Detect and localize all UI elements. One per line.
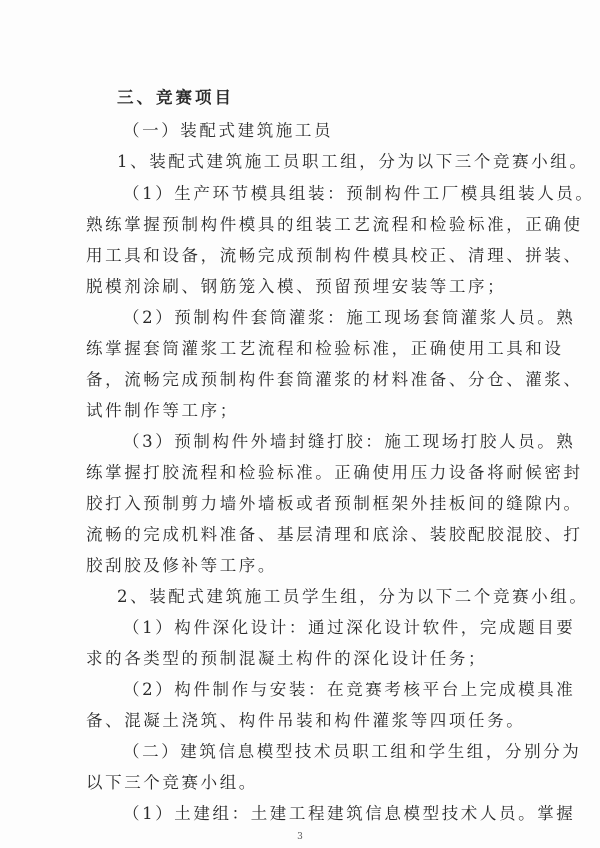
section-heading: 三、竞赛项目 [117, 88, 234, 108]
paragraph-line: （1）构件深化设计：通过深化设计软件，完成题目要 [123, 618, 575, 638]
paragraph-line: 求的各类型的预制混凝土构件的深化设计任务； [86, 649, 487, 669]
paragraph-line: 脱模剂涂刷、钢筋笼入模、预留预埋安装等工序； [86, 277, 506, 297]
subsection-title: （二）建筑信息模型技术员职工组和学生组，分别分为 [123, 742, 581, 762]
paragraph-item-1: 1、装配式建筑施工员职工组，分为以下三个竞赛小组。 [117, 152, 589, 172]
paragraph-line: （1）生产环节模具组装：预制构件工厂模具组装人员。 [123, 184, 595, 204]
paragraph-line: 以下三个竞赛小组。 [86, 773, 258, 793]
paragraph-line: 练掌握套筒灌浆工艺流程和检验标准，正确使用工具和设 [86, 339, 564, 359]
document-page: 三、竞赛项目 （一）装配式建筑施工员 1、装配式建筑施工员职工组，分为以下三个竞… [0, 0, 600, 848]
paragraph-line: 流畅的完成机料准备、基层清理和底涂、装胶配胶混胶、打 [86, 525, 583, 545]
paragraph-line: 备、混凝土浇筑、构件吊装和构件灌浆等四项任务。 [86, 711, 525, 731]
paragraph-line: 胶刮胶及修补等工序。 [86, 556, 277, 576]
paragraph-line: （2）构件制作与安装：在竞赛考核平台上完成模具准 [123, 680, 575, 700]
paragraph-line: 用工具和设备，流畅完成预制构件模具校正、清理、拼装、 [86, 246, 583, 266]
page-number: 3 [0, 832, 600, 842]
subsection-title: （一）装配式建筑施工员 [123, 121, 333, 141]
paragraph-line: （3）预制构件外墙封缝打胶：施工现场打胶人员。熟 [123, 432, 575, 452]
paragraph-line: 练掌握打胶流程和检验标准。正确使用压力设备将耐候密封 [86, 463, 583, 483]
paragraph-item-2: 2、装配式建筑施工员学生组，分为以下二个竞赛小组。 [117, 587, 589, 607]
paragraph-line: （2）预制构件套筒灌浆：施工现场套筒灌浆人员。熟 [123, 308, 575, 328]
paragraph-line: 试件制作等工序； [86, 401, 239, 421]
paragraph-line: 熟练掌握预制构件模具的组装工艺流程和检验标准，正确使 [86, 215, 583, 235]
paragraph-line: 胶打入预制剪力墙外墙板或者预制框架外挂板间的缝隙内。 [86, 494, 583, 514]
paragraph-line: 备，流畅完成预制构件套筒灌浆的材料准备、分仓、灌浆、 [86, 370, 583, 390]
paragraph-line: （1）土建组：土建工程建筑信息模型技术人员。掌握 [123, 804, 575, 824]
